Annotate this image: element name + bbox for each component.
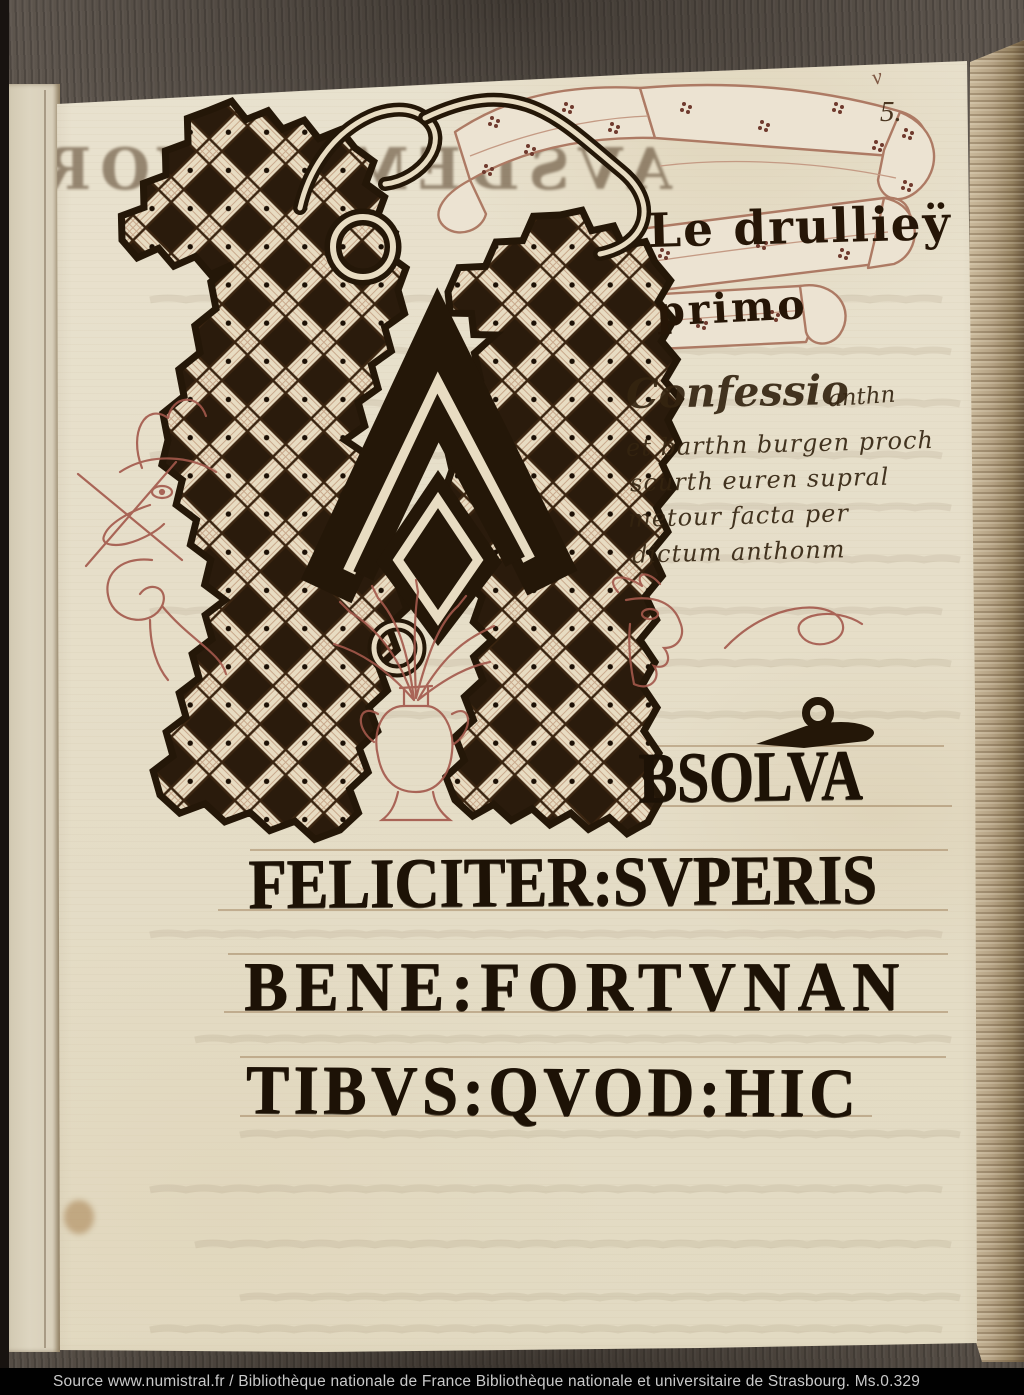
display-capitals-line-4: TIBVS:QVOD:HIC — [246, 1051, 861, 1134]
display-capitals-line-1: BSOLVA — [638, 734, 863, 820]
marginal-note-heading: Confessio — [626, 366, 849, 418]
source-caption-text: Source www.numistral.fr / Bibliothèque n… — [53, 1368, 920, 1395]
marginal-note-line: dictum anthonm — [632, 535, 846, 569]
folio-number: 5. — [880, 96, 902, 129]
display-capitals-line-3: BENE:FORTVNAN — [244, 948, 906, 1028]
marginal-note-line: metour facta per — [628, 499, 850, 533]
display-capitals-line-2: FELICITER:SVPERIS — [248, 840, 877, 926]
marginal-note-heading-suffix: anthn — [827, 382, 896, 413]
banner-subtitle-text: primo — [655, 280, 809, 336]
banner-title-text: Le drullieÿ — [647, 196, 952, 259]
manuscript-photo: AVSDEM AEVOR — [0, 0, 1024, 1395]
source-caption-bar: Source www.numistral.fr / Bibliothèque n… — [0, 1368, 1024, 1395]
knotwork-initial-letter — [121, 100, 680, 840]
